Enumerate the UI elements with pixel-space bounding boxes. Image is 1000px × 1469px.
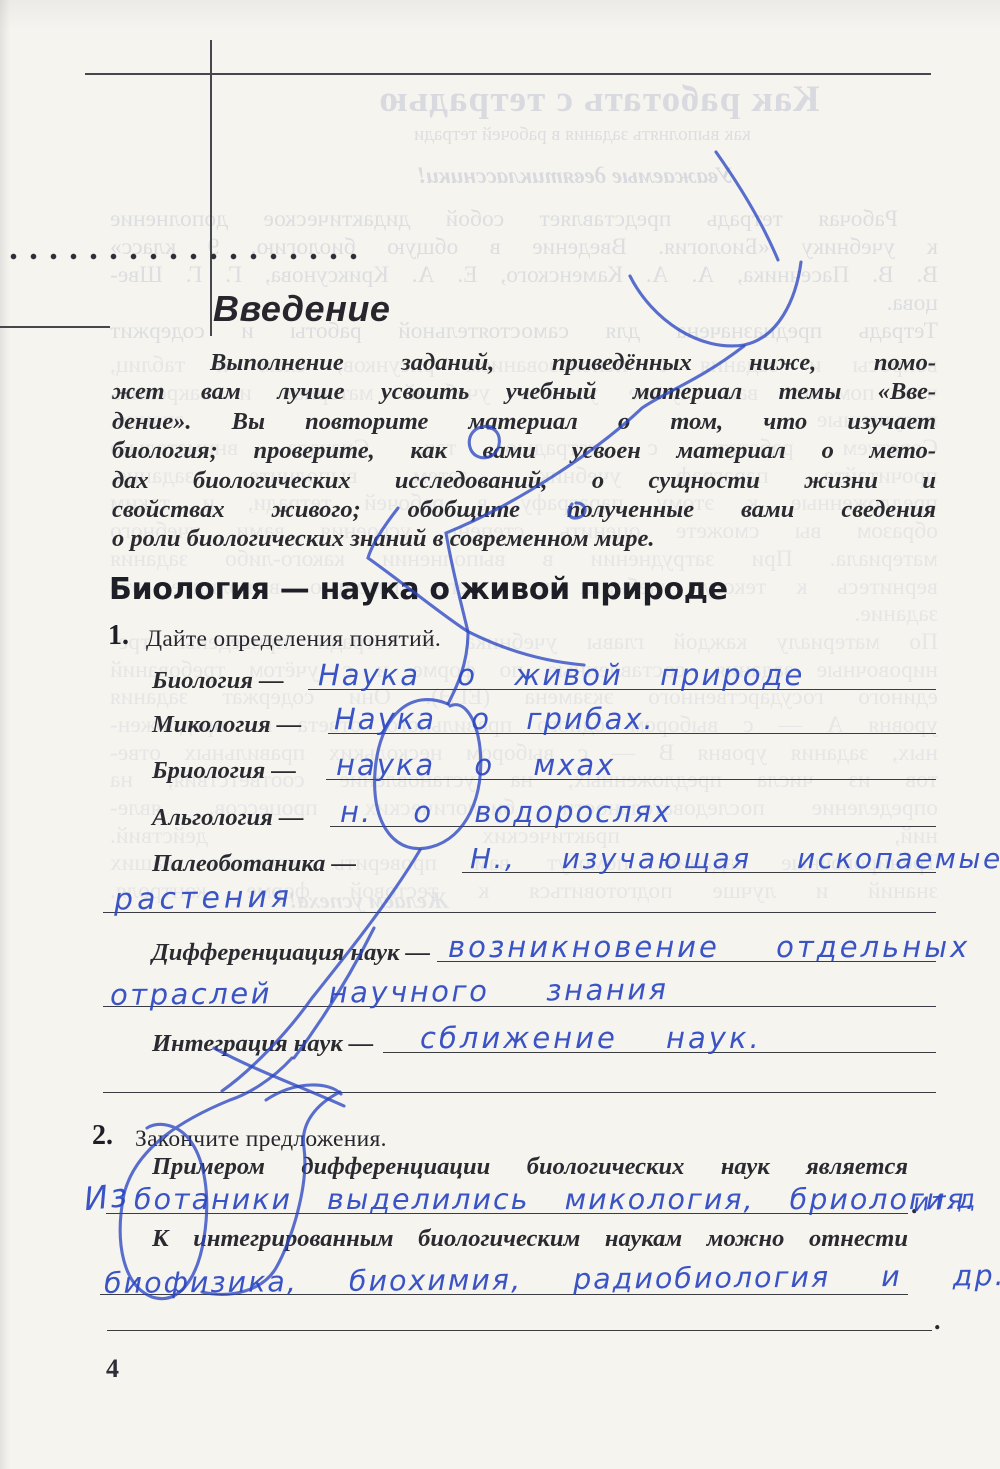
sentence-2: К интегрированным биологическим наукам м… (152, 1225, 908, 1253)
term-label-biology: Биология — (152, 667, 284, 695)
left-margin-rule (0, 326, 110, 328)
section-heading: Биология — наука о живой природе (109, 572, 728, 607)
handwritten-answer-algology: н. о водорослях (340, 795, 672, 829)
handwritten-answer-differentiation: возникновение отдельных (448, 930, 970, 964)
empty-underline (103, 1092, 936, 1093)
intro-line: о роли биологических знаний в современно… (112, 525, 936, 554)
pen-stroke (630, 262, 801, 346)
sentence-1: Примером дифференциации биологических на… (152, 1153, 908, 1181)
bleed-line: Рабочая тетрадь представляет собой дидак… (110, 206, 938, 234)
bleed-wish: Желаем успеха! (288, 888, 448, 914)
handwritten-answer-integration: сближение наук. (420, 1021, 762, 1055)
bleed-line: В. В. Пасечника, А. А. Каменского, Е. А.… (110, 262, 938, 290)
handwritten-answer-paleobotany: Н., изучающая ископаемые (470, 842, 1000, 875)
term-label-differentiation: Дифференциация наук — (152, 939, 430, 967)
chapter-title: Введение (213, 288, 390, 330)
dotted-line (8, 251, 366, 262)
term-label-paleobotany: Палеоботаника — (152, 850, 356, 878)
intro-line: дах биологических исследований, о сущнос… (112, 467, 936, 496)
term-label-integration: Интеграция наук — (152, 1030, 373, 1058)
intro-paragraph: Выполнение заданий, приведённых ниже, по… (112, 349, 936, 555)
task1-instruction: Дайте определения понятий. (146, 626, 441, 653)
margin-vertical-rule (210, 40, 212, 336)
intro-line: свойствах живого; обобщите полученные ва… (112, 496, 936, 525)
term-label-bryology: Бриология — (152, 757, 296, 785)
handwritten-answer-mycology: Наука о грибах. (334, 702, 655, 736)
task2-number: 2. (92, 1120, 113, 1152)
handwritten-answer-biology: Наука о живой природе (318, 658, 804, 692)
term-label-mycology: Микология — (152, 711, 301, 739)
bleed-subtitle: как выполнять задания в рабочей тетради (330, 124, 835, 146)
intro-line: дение». Вы повторите материал о том, что… (112, 408, 936, 437)
bleed-salutation: Уважаемые девятиклассники! (365, 163, 785, 189)
handwritten-answer-paleobotany-cont: растения (114, 879, 294, 917)
scan-top-shadow (0, 0, 1000, 30)
page-number: 4 (106, 1354, 119, 1384)
final-line-period: . (934, 1306, 941, 1336)
pen-stroke (716, 152, 778, 260)
handwritten-answer1: ботаники выделились микология, бриология… (134, 1183, 977, 1216)
task2-instruction: Закончите предложения. (135, 1126, 387, 1153)
scanned-workbook-page: Как работать с тетрадью как выполнять за… (0, 0, 1000, 1469)
handwritten-answer1-suffix: ит.д (912, 1184, 978, 1217)
handwritten-answer-differentiation-cont: отраслей научного знания (110, 972, 669, 1012)
empty-underline (107, 1330, 932, 1331)
intro-line: жет вам лучше усвоить учебный материал т… (112, 378, 936, 407)
handwritten-answer-bryology: наука о мхах (336, 748, 615, 782)
bleed-title: Как работать с тетрадью (293, 78, 905, 121)
task1-number: 1. (108, 620, 129, 652)
intro-line: биология; проверите, как вами усвоен мат… (112, 437, 936, 466)
intro-line: Выполнение заданий, приведённых ниже, по… (112, 349, 936, 378)
scan-edge-shadow (0, 0, 10, 1469)
top-rule (85, 73, 931, 75)
term-label-algology: Альгология — (152, 804, 304, 832)
handwritten-answer1-prefix: Из (82, 1176, 131, 1218)
